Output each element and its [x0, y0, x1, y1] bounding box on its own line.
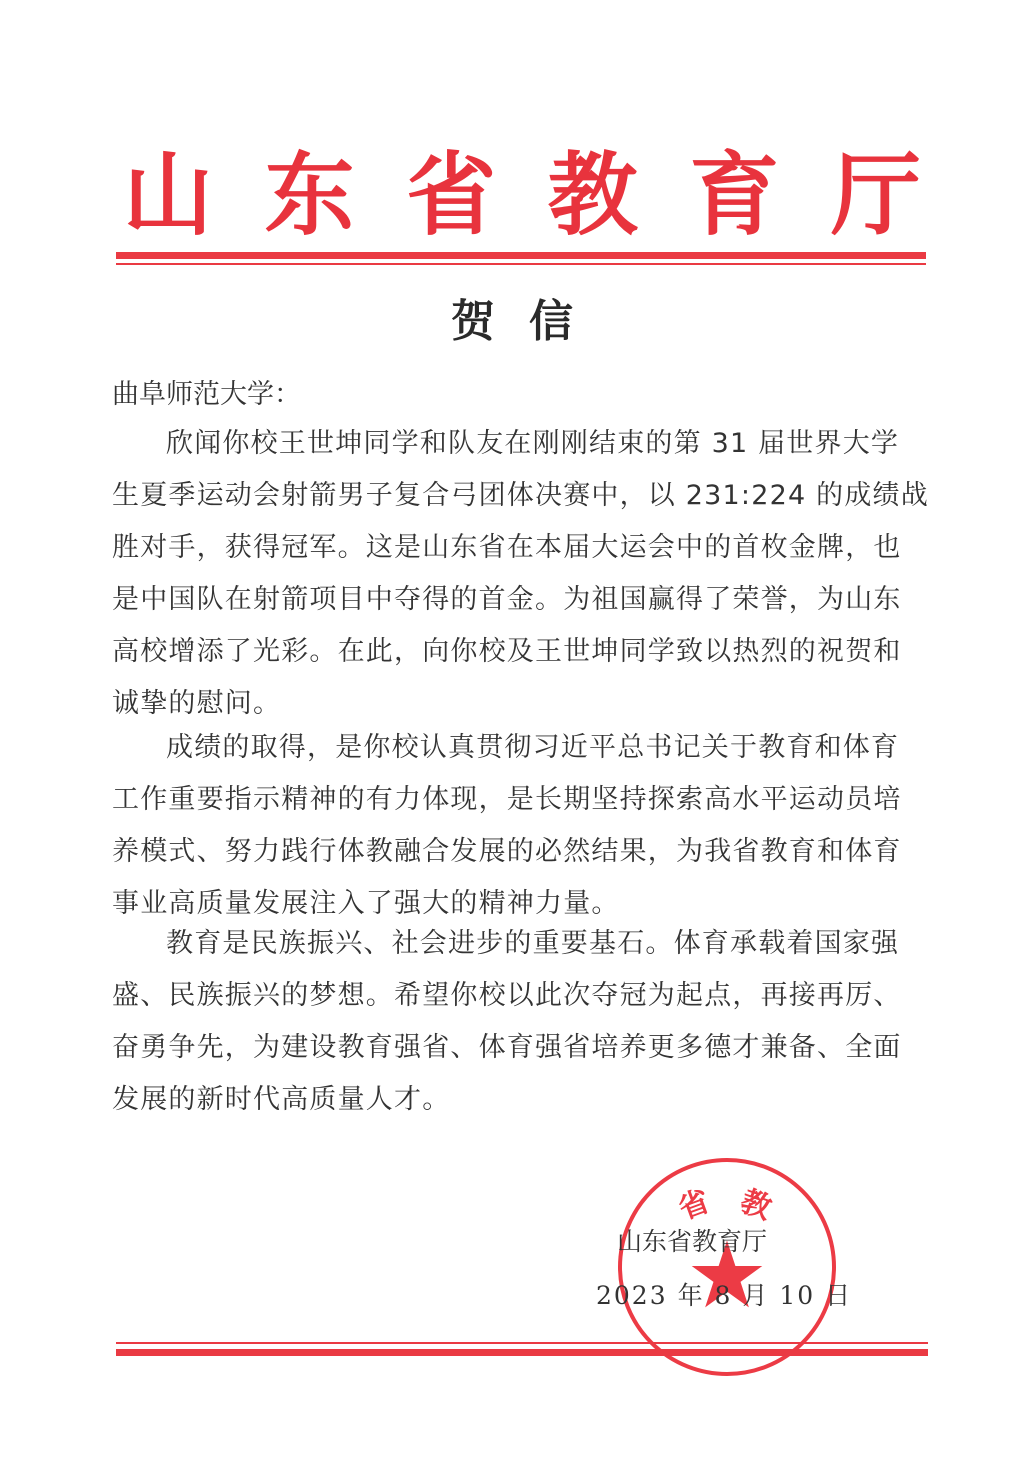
paragraph-line: 工作重要指示精神的有力体现，是长期坚持探索高水平运动员培	[112, 774, 942, 826]
masthead-char: 教	[543, 145, 643, 245]
paragraph-3: 教育是民族振兴、社会进步的重要基石。体育承载着国家强 盛、民族振兴的梦想。希望你…	[112, 918, 942, 1126]
header-rule-thick	[116, 252, 926, 259]
signature-organization: 山东省教育厅	[617, 1222, 767, 1258]
paragraph-line: 欣闻你校王世坤同学和队友在刚刚结束的第 31 届世界大学	[112, 418, 942, 470]
header-rule-thin	[116, 263, 926, 265]
footer-rule-thick	[116, 1349, 928, 1356]
document-title: 贺信	[0, 285, 1024, 349]
masthead-char: 东	[260, 145, 360, 245]
paragraph-line: 教育是民族振兴、社会进步的重要基石。体育承载着国家强	[112, 918, 942, 970]
masthead-char: 厅	[826, 145, 926, 245]
paragraph-line: 胜对手，获得冠军。这是山东省在本届大运会中的首枚金牌，也	[112, 522, 942, 574]
paragraph-line: 养模式、努力践行体教融合发展的必然结果，为我省教育和体育	[112, 826, 942, 878]
paragraph-2: 成绩的取得，是你校认真贯彻习近平总书记关于教育和体育 工作重要指示精神的有力体现…	[112, 722, 942, 930]
masthead-title: 山 东 省 教 育 厅	[118, 145, 926, 245]
paragraph-line: 盛、民族振兴的梦想。希望你校以此次夺冠为起点，再接再厉、	[112, 970, 942, 1022]
footer-rule-thin	[116, 1342, 928, 1344]
salutation: 曲阜师范大学：	[112, 372, 301, 411]
paragraph-line: 奋勇争先，为建设教育强省、体育强省培养更多德才兼备、全面	[112, 1022, 942, 1074]
masthead-char: 省	[401, 145, 501, 245]
paragraph-line: 高校增添了光彩。在此，向你校及王世坤同学致以热烈的祝贺和	[112, 626, 942, 678]
paragraph-line: 成绩的取得，是你校认真贯彻习近平总书记关于教育和体育	[112, 722, 942, 774]
seal-char: 教	[735, 1176, 778, 1228]
signature-date: 2023 年 8 月 10 日	[596, 1276, 852, 1312]
seal-char: 省	[671, 1176, 714, 1228]
paragraph-1: 欣闻你校王世坤同学和队友在刚刚结束的第 31 届世界大学 生夏季运动会射箭男子复…	[112, 418, 942, 730]
paragraph-line: 生夏季运动会射箭男子复合弓团体决赛中，以 231:224 的成绩战	[112, 470, 942, 522]
masthead-char: 山	[118, 145, 218, 245]
paragraph-line: 发展的新时代高质量人才。	[112, 1074, 942, 1126]
masthead-char: 育	[684, 145, 784, 245]
paragraph-line: 是中国队在射箭项目中夺得的首金。为祖国赢得了荣誉，为山东	[112, 574, 942, 626]
